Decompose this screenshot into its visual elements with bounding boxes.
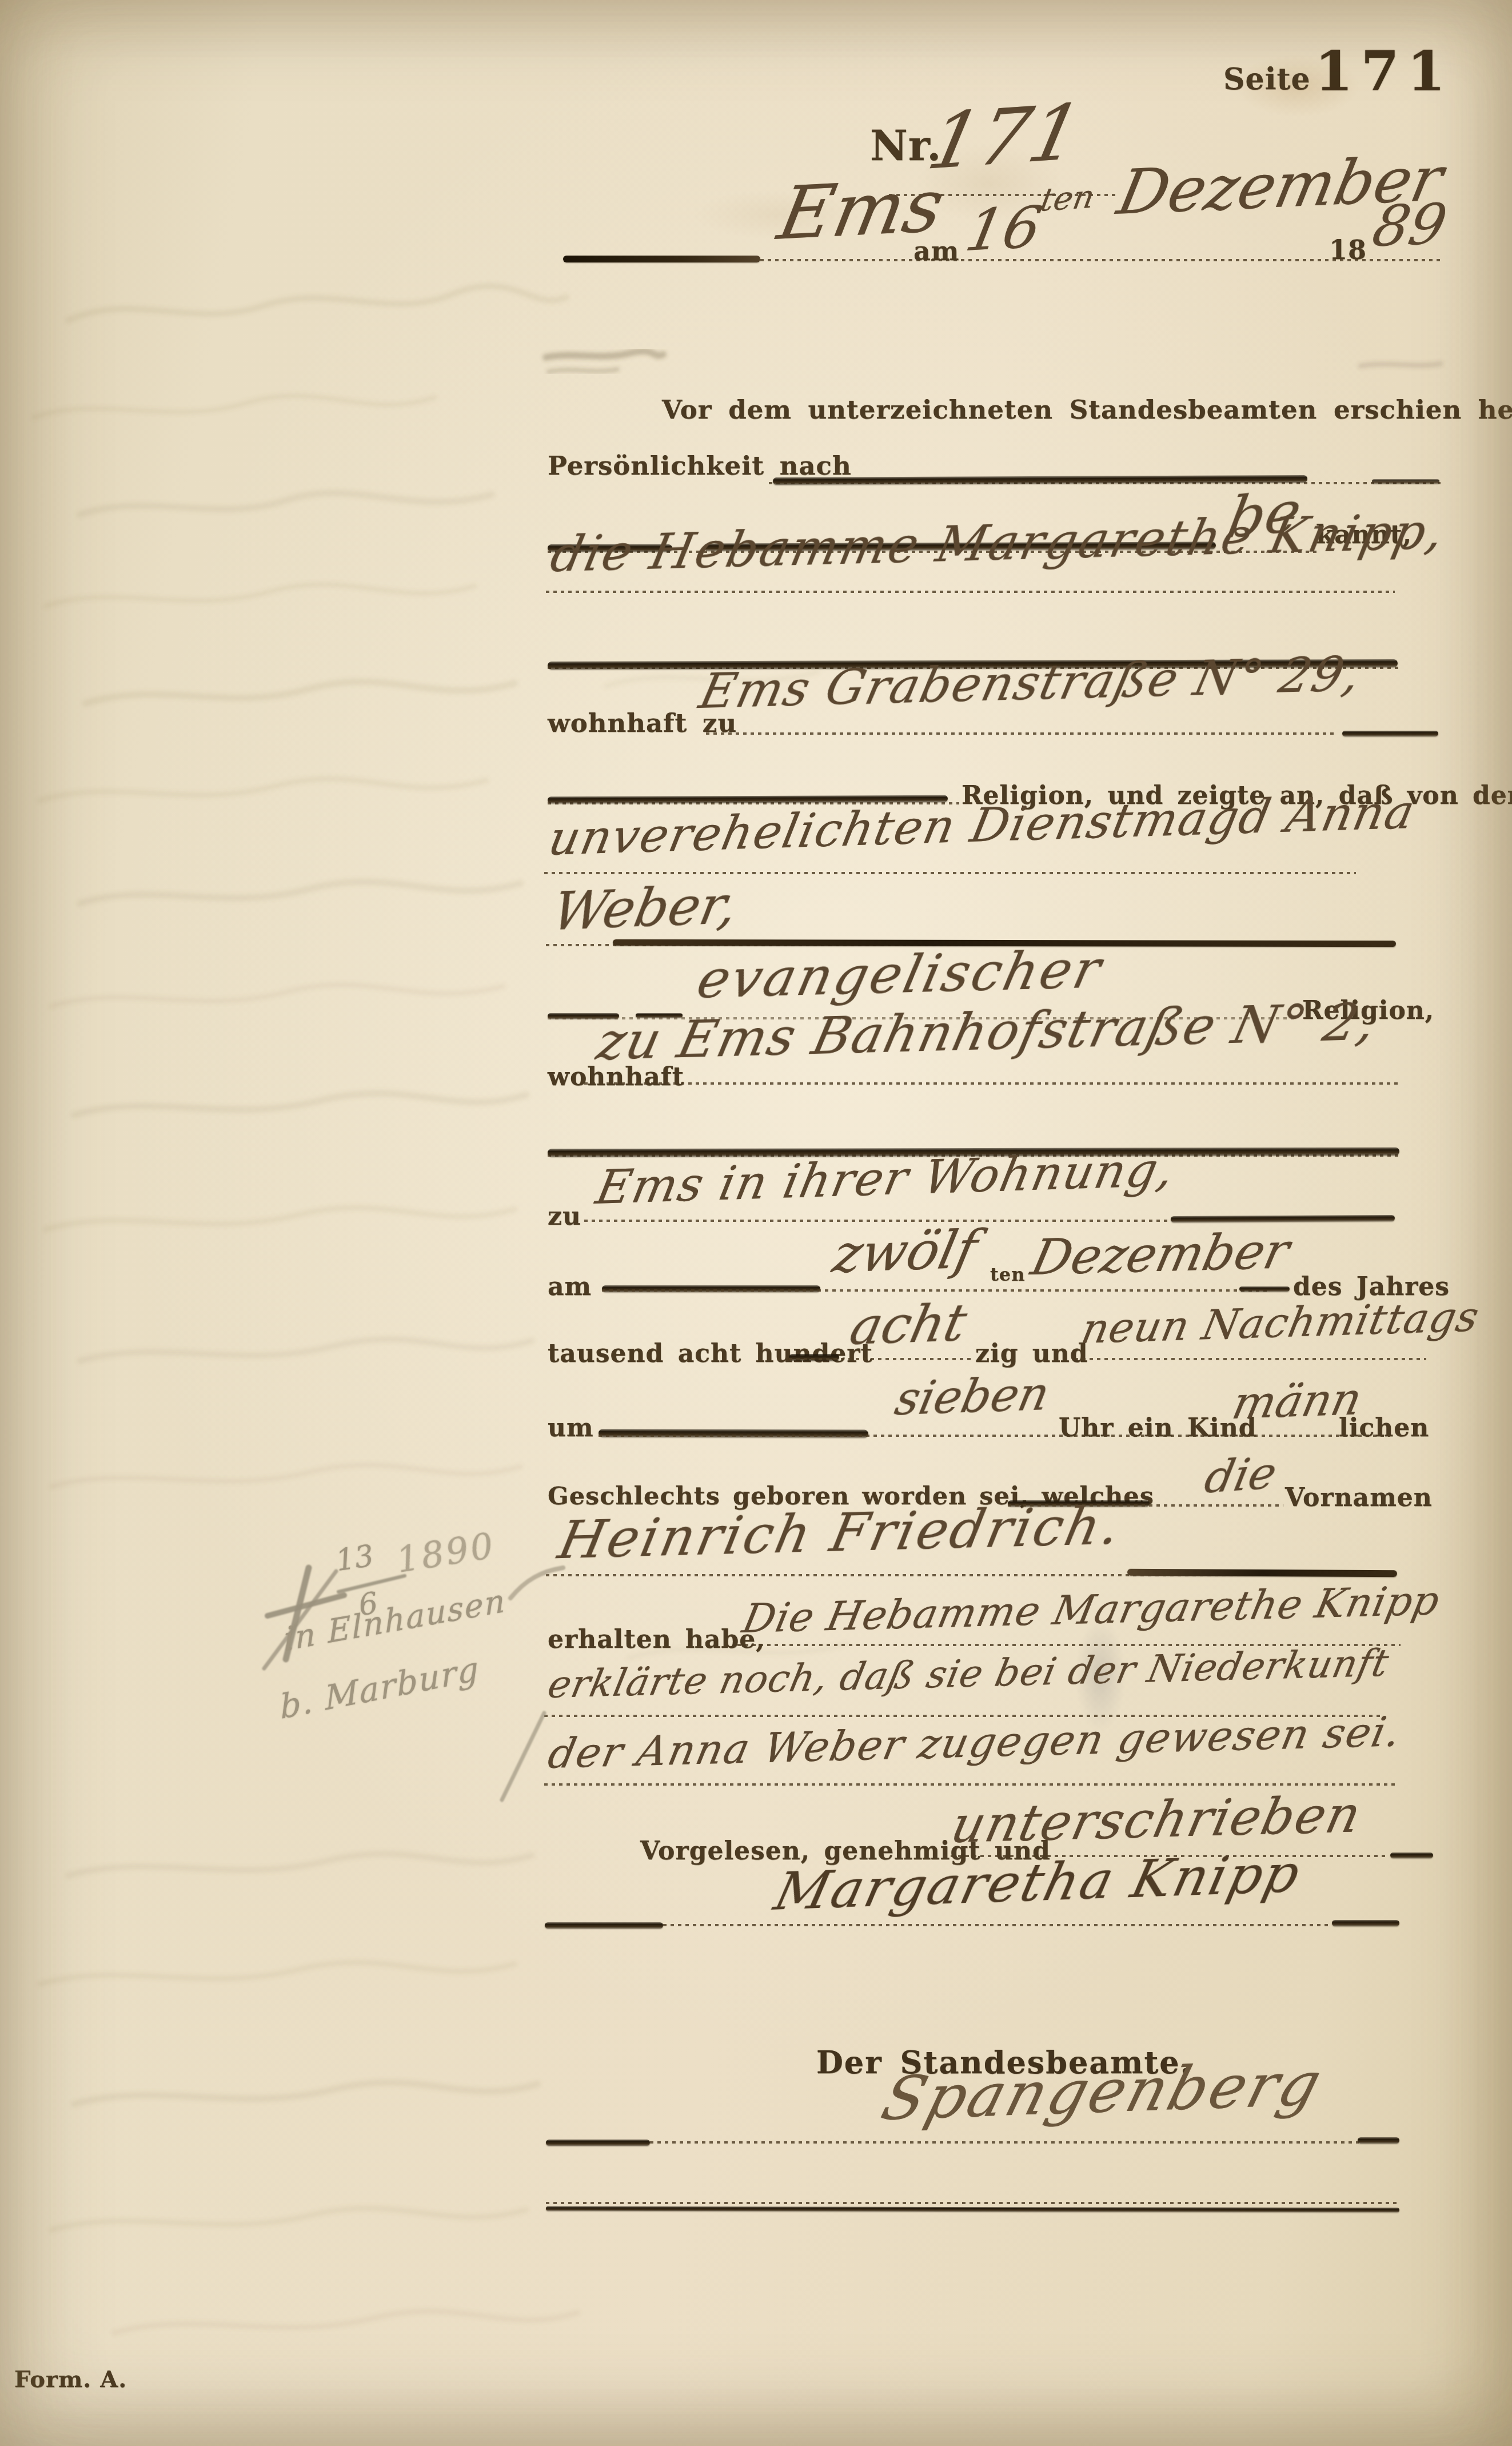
register-page: Seite 171 Nr. 171 Ems am 16 ten Dezember…	[0, 0, 1512, 2446]
margin-note-fraction-top: 13	[334, 1539, 376, 1578]
margin-note-pencil-strokes	[0, 0, 1512, 2446]
form-type-label: Form. A.	[14, 2366, 127, 2393]
